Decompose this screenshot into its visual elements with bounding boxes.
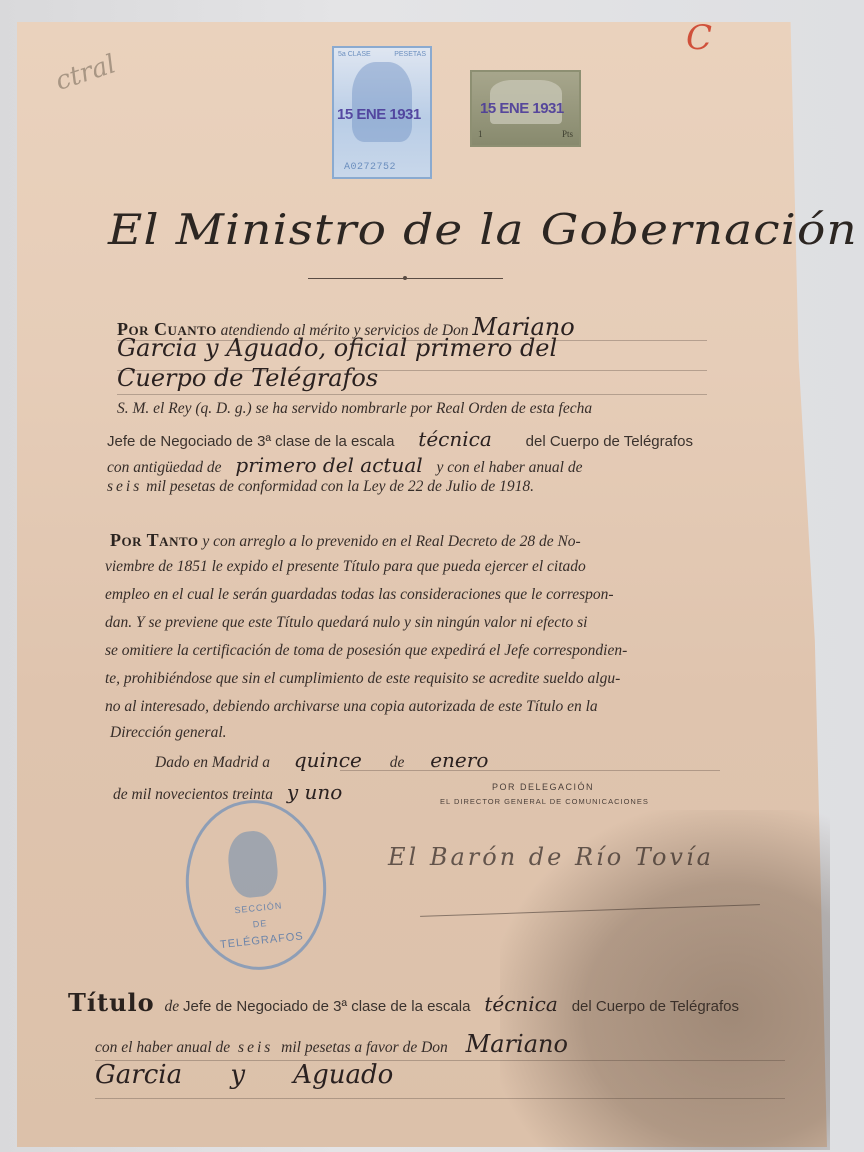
static-text: de	[165, 998, 180, 1015]
static-text: con antigüedad de	[107, 459, 222, 476]
titulo-line-2: con el haber anual de seis mil pesetas a…	[95, 1030, 568, 1058]
delegation-line-1: POR DELEGACIÓN	[492, 782, 594, 792]
por-tanto-line-6: te, prohibiéndose que sin el cumplimient…	[105, 670, 620, 688]
fill-line	[95, 1098, 785, 1099]
printed-position: Jefe de Negociado de 3ª clase de la esca…	[183, 998, 470, 1015]
por-cuanto-line-4: S. M. el Rey (q. D. g.) se ha servido no…	[117, 400, 592, 418]
handwritten-line-3: Cuerpo de Telégrafos	[117, 364, 378, 392]
red-mark-annotation: C	[686, 18, 712, 58]
stamp-class-label: 5a CLASE	[338, 51, 371, 58]
printed-cuerpo: del Cuerpo de Telégrafos	[526, 433, 693, 450]
por-tanto-line-5: se omitiere la certificación de toma de …	[105, 642, 627, 660]
por-cuanto-line-6: con antigüedad de primero del actual y c…	[107, 453, 582, 477]
por-cuanto-line-7: seis mil pesetas de conformidad con la L…	[107, 478, 534, 496]
dado-line: Dado en Madrid a quince de enero	[155, 748, 488, 772]
stamp-cancellation: 15 ENE 1931	[337, 106, 421, 123]
haber-amount: seis	[238, 1039, 273, 1056]
static-text: de	[390, 754, 405, 771]
delegation-line-2: EL DIRECTOR GENERAL DE COMUNICACIONES	[440, 797, 649, 806]
postage-stamp-right: 1 Pts 15 ENE 1931	[470, 70, 581, 147]
printed-position: Jefe de Negociado de 3ª clase de la esca…	[107, 433, 394, 450]
title-ornament-divider	[308, 278, 503, 279]
fill-line	[340, 770, 720, 771]
stamp-serial: A0272752	[344, 162, 396, 173]
coat-of-arms-icon	[225, 829, 280, 900]
director-signature: El Barón de Río Tovía	[388, 843, 714, 871]
allegorical-figure-icon	[352, 62, 412, 142]
por-tanto-line-2: viembre de 1851 le expido el presente Tí…	[105, 558, 586, 576]
handwritten-name: Mariano	[466, 1030, 568, 1058]
static-text: mil pesetas a favor de Don	[281, 1039, 448, 1056]
por-tanto-lead: Por Tanto	[110, 530, 199, 550]
por-tanto-line-8: Dirección general.	[110, 724, 227, 742]
handwritten-escala: técnica	[484, 992, 557, 1016]
year-line: de mil novecientos treinta y uno	[113, 780, 342, 804]
document-title: El Ministro de la Gobernación	[108, 205, 858, 254]
static-text: y con arreglo a lo prevenido en el Real …	[202, 533, 580, 550]
stamp-value-unit: Pts	[562, 129, 573, 139]
por-tanto-line-4: dan. Y se previene que este Título queda…	[105, 614, 587, 632]
document-paper	[17, 22, 827, 1147]
fill-line	[117, 394, 707, 395]
static-text: mil pesetas de conformidad con la Ley de…	[146, 478, 534, 495]
printed-cuerpo: del Cuerpo de Telégrafos	[572, 998, 739, 1015]
stamp-cancellation: 15 ENE 1931	[480, 100, 564, 117]
static-text: con el haber anual de	[95, 1039, 230, 1056]
por-tanto-line-7: no al interesado, debiendo archivarse un…	[105, 698, 598, 716]
static-text: y con el haber anual de	[437, 459, 583, 476]
titulo-lead: Título	[68, 988, 155, 1017]
haber-amount: seis	[107, 478, 142, 495]
revenue-stamp-left: 5a CLASE PESETAS 15 ENE 1931 A0272752	[332, 46, 432, 179]
handwritten-day: quince	[294, 748, 362, 772]
handwritten-line-2: Garcia y Aguado, oficial primero del	[117, 334, 557, 362]
por-tanto-line-3: empleo en el cual le serán guardadas tod…	[105, 586, 614, 604]
handwritten-month: enero	[430, 748, 488, 772]
handwritten-escala: técnica	[418, 427, 491, 451]
stamp-currency-label: PESETAS	[394, 51, 426, 58]
handwritten-year: y uno	[287, 780, 342, 804]
por-cuanto-line-5: Jefe de Negociado de 3ª clase de la esca…	[107, 427, 693, 451]
titulo-line-1: Título de Jefe de Negociado de 3ª clase …	[68, 988, 739, 1017]
handwritten-antiguedad: primero del actual	[235, 453, 422, 477]
handwritten-surname: Garcia y Aguado	[95, 1060, 393, 1090]
stamp-value: 1	[478, 129, 483, 139]
por-tanto-line-1: Por Tanto y con arreglo a lo prevenido e…	[110, 530, 581, 551]
static-text: Dado en Madrid a	[155, 754, 270, 771]
